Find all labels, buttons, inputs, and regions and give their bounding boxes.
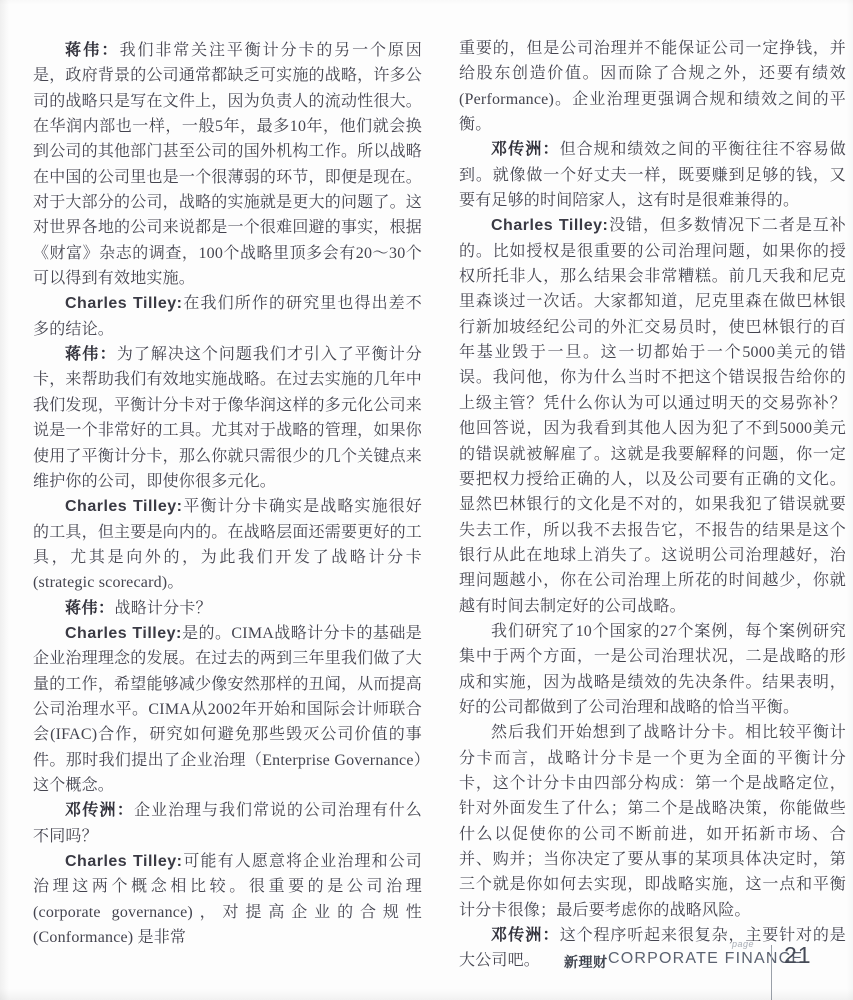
paragraph: Charles Tilley:可能有人愿意将企业治理和公司治理这两个概念相比较。… <box>33 849 422 950</box>
speaker-name: Charles Tilley: <box>65 853 183 870</box>
speaker-name: Charles Tilley: <box>65 295 183 312</box>
speaker-name: 邓传洲： <box>65 802 134 819</box>
paragraph: Charles Tilley:平衡计分卡确实是战略实施很好的工具，但主要是向内的… <box>33 494 422 595</box>
magazine-title-en: CORPORATE FINANCE <box>608 950 803 968</box>
speaker-name: 蒋伟： <box>65 346 117 363</box>
paragraph: 然后我们开始想到了战略计分卡。相比较平衡计分卡而言，战略计分卡是一个更为全面的平… <box>459 720 846 923</box>
speaker-name: 蒋伟： <box>65 600 115 617</box>
paragraph: 重要的，但是公司治理并不能保证公司一定挣钱，并给股东创造价值。因而除了合规之外，… <box>459 36 846 137</box>
magazine-logo-cn: 新理财 <box>564 952 608 972</box>
paragraph: 邓传洲：企业治理与我们常说的公司治理有什么不同吗？ <box>33 798 422 849</box>
paragraph: 我们研究了10个国家的27个案例，每个案例研究集中于两个方面，一是公司治理状况，… <box>459 619 846 720</box>
paragraph: 蒋伟：战略计分卡？ <box>33 596 422 621</box>
speaker-name: Charles Tilley: <box>65 625 182 642</box>
page-number: 21 <box>784 942 812 969</box>
paragraph: 蒋伟：为了解决这个问题我们才引入了平衡计分卡，来帮助我们有效地实施战略。在过去实… <box>33 342 422 494</box>
paragraph: 蒋伟：我们非常关注平衡计分卡的另一个原因是，政府背景的公司通常都缺乏可实施的战略… <box>33 38 422 291</box>
speaker-name: 邓传洲： <box>491 927 560 944</box>
magazine-page: 蒋伟：我们非常关注平衡计分卡的另一个原因是，政府背景的公司通常都缺乏可实施的战略… <box>0 0 853 1000</box>
speaker-name: 蒋伟： <box>65 42 120 59</box>
speaker-name: Charles Tilley: <box>65 498 183 515</box>
right-column: 重要的，但是公司治理并不能保证公司一定挣钱，并给股东创造价值。因而除了合规之外，… <box>459 36 846 974</box>
footer-divider <box>771 945 772 1000</box>
paragraph: Charles Tilley:是的。CIMA战略计分卡的基础是企业治理理念的发展… <box>33 621 422 798</box>
paragraph: 邓传洲：但合规和绩效之间的平衡往往不容易做到。就像做一个好丈夫一样，既要赚到足够… <box>459 137 846 213</box>
left-column: 蒋伟：我们非常关注平衡计分卡的另一个原因是，政府背景的公司通常都缺乏可实施的战略… <box>33 38 422 950</box>
speaker-name: 邓传洲： <box>491 141 560 158</box>
speaker-name: Charles Tilley: <box>491 217 608 234</box>
paragraph: Charles Tilley:在我们所作的研究里也得出差不多的结论。 <box>33 291 422 342</box>
page-word-label: page <box>732 939 754 949</box>
page-footer: 新理财 CORPORATE FINANCE page 21 <box>560 933 840 1000</box>
paragraph: Charles Tilley:没错，但多数情况下二者是互补的。比如授权是很重要的… <box>459 213 846 619</box>
